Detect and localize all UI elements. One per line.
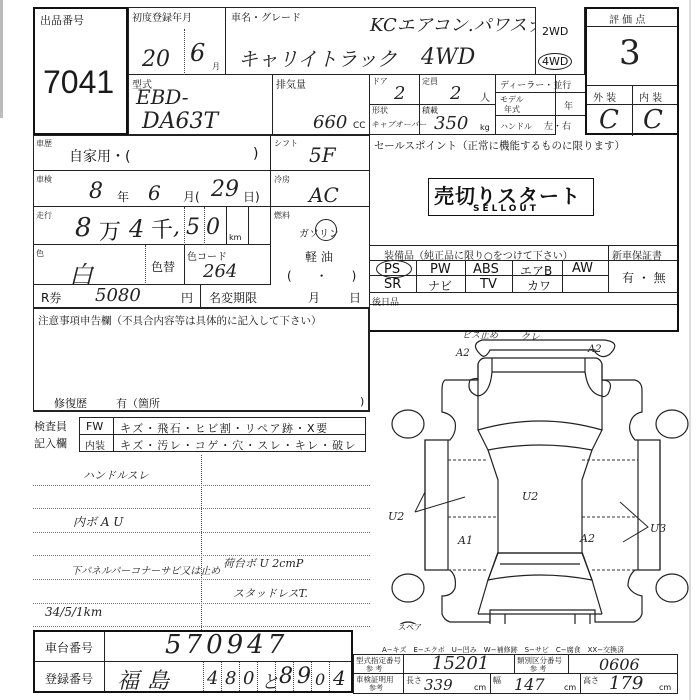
interior-inspect-label: 内装 <box>85 437 105 452</box>
model-line2: DA63T <box>142 109 218 134</box>
displacement-value: 660 <box>313 112 347 133</box>
inspection-year: 8 <box>89 179 103 204</box>
length-unit: cm <box>474 683 486 692</box>
warranty-value[interactable]: 有 ・ 無 <box>622 269 666 286</box>
remark-line: 下パネルパーコナーサビ又は止め <box>71 562 220 577</box>
interior-score: C <box>643 105 663 135</box>
load-cell: 積載 350 kg <box>420 105 496 135</box>
height-label: 高さ <box>583 675 599 686</box>
svg-text:U3: U3 <box>650 522 666 535</box>
notes-label: 注意事項申告欄（不具合内容等は具体的に記入して下さい） <box>38 313 322 328</box>
handle-options[interactable]: 左・右 <box>544 119 571 132</box>
reg-digit: 4 <box>333 666 346 690</box>
page-edge-right <box>689 0 691 700</box>
fuel-cell: 燃料 ガソリン 軽 油 ( ・ ) <box>271 207 370 285</box>
width-unit: cm <box>564 683 576 692</box>
gasoline-circle <box>315 219 337 241</box>
exterior-score: C <box>599 105 619 135</box>
yen-unit: 円 <box>181 289 193 306</box>
svg-text:A2: A2 <box>579 532 595 545</box>
inspection-day: 29 <box>211 177 239 202</box>
width-value: 147 <box>514 675 545 694</box>
type-designation-value: 15201 <box>432 653 489 674</box>
chassis-table: 車台番号 570947 登録番号 福島 4 8 0 と 8 9 0 4 <box>33 630 353 693</box>
mileage-cell: 走行 8 万 4 千 ,50 km <box>33 207 271 245</box>
drive-2wd[interactable]: 2WD <box>542 25 568 38</box>
shape-value: キャブオーバー <box>371 119 427 130</box>
name-change-day: 日 <box>349 289 361 306</box>
kg-unit: kg <box>480 123 490 132</box>
displacement-cell: 排気量 660 CC <box>273 75 370 135</box>
inspection-label: 車検 <box>36 174 52 185</box>
inspection-month-unit: 月( <box>183 188 200 205</box>
history-label: 車歴 <box>36 138 52 149</box>
history-cell: 車歴 自家用・( ) <box>33 135 271 171</box>
equipment-label: 装備品（純正品に限り○をつけて下さい） <box>384 247 573 262</box>
year-unit: 年 <box>564 99 573 112</box>
drive-4wd[interactable]: 4WD <box>538 53 572 70</box>
repair-history-close: ) <box>360 395 364 408</box>
equipment-sr[interactable]: SR <box>384 277 401 292</box>
car-name: キャリイトラック <box>238 43 397 72</box>
model-year-label2: 年式 <box>504 104 520 115</box>
mileage-man: 8 <box>75 213 92 243</box>
lot-label: 出品番号 <box>40 12 84 28</box>
mileage-rest: ,50 <box>173 215 226 240</box>
model-cell: 型式 EBD- DA63T <box>128 75 273 135</box>
color-code: 264 <box>203 261 237 282</box>
later-items-label: 後日品 <box>372 295 399 308</box>
equipment-abs[interactable]: ABS <box>473 262 499 277</box>
fuel-label: 燃料 <box>274 210 290 221</box>
inspector-label: 検査員 <box>34 418 67 434</box>
doors-value: 2 <box>394 83 405 104</box>
sellout-stamp: 売切りスタート SELLOUT <box>428 178 594 216</box>
cc-unit: CC <box>353 121 366 131</box>
equipment-pw[interactable]: PW <box>430 262 451 277</box>
svg-text:クレ: クレ <box>520 332 541 343</box>
spec-table: 型式指定番号 参 考 15201 類別区分番号 参 考 0606 車検証明用 参… <box>353 654 678 694</box>
drive-options: 2WD 4WD <box>535 7 585 75</box>
first-registration-year: 20 <box>142 47 170 72</box>
exterior-label: 外 装 <box>593 89 616 104</box>
fuel-other: ( ・ ) <box>287 267 356 284</box>
svg-text:U2: U2 <box>388 510 404 523</box>
first-registration-month: 6 <box>190 39 205 67</box>
shape-cell: 形状 キャブオーバー <box>370 105 420 135</box>
history-value: 自家用・( <box>69 146 130 166</box>
km-unit: km <box>229 233 241 242</box>
chassis-label: 車台番号 <box>45 639 93 656</box>
capacity-value: 2 <box>450 83 461 104</box>
remark-line: スタッドレスT. <box>233 585 308 601</box>
sellout-stamp-sub: SELLOUT <box>473 204 539 214</box>
ac-value: AC <box>309 183 339 207</box>
dealer-cell: ディーラー・並行 <box>496 75 585 93</box>
reg-digit: 8 <box>225 668 236 689</box>
capacity-cell: 定員 2 人 <box>420 75 496 105</box>
capacity-label: 定員 <box>422 76 438 87</box>
svg-text:U2: U2 <box>522 490 538 503</box>
height-unit: cm <box>659 683 671 692</box>
name-change-cell: 名変期限 月 日 <box>201 285 370 308</box>
class-number-value: 0606 <box>599 655 640 674</box>
lot-box: 出品番号 7041 <box>33 7 128 135</box>
remark-line: 内ボ A U <box>73 513 123 530</box>
reg-digit: 8 <box>279 664 293 689</box>
ac-cell: 冷房 AC <box>271 171 370 207</box>
length-label: 長さ <box>406 675 422 686</box>
mileage-label: 走行 <box>36 210 52 221</box>
shift-label: シフト <box>274 138 298 149</box>
equipment-aw[interactable]: AW <box>572 261 593 276</box>
reg-digit: 9 <box>297 664 311 689</box>
shape-label: 形状 <box>372 105 388 116</box>
class-number-ref: 参 考 <box>530 664 546 674</box>
svg-text:A1: A1 <box>457 534 473 547</box>
ps-circle <box>376 260 412 278</box>
chassis-number: 570947 <box>165 630 288 660</box>
ac-label: 冷房 <box>274 174 290 185</box>
inspector-label2: 記入欄 <box>34 435 67 451</box>
recycle-cell: R券 5080 円 <box>33 285 201 308</box>
notes-box: 注意事項申告欄（不具合内容等は具体的に記入して下さい） 修復歴 有（箇所 ) <box>33 308 370 412</box>
page-edge-left <box>0 0 3 118</box>
cert-ref: 参考 <box>369 683 383 693</box>
spare-label: スペア <box>398 622 422 633</box>
mileage-sen: 4 <box>129 215 144 243</box>
color-cell: 色 白 色替 色コード 264 <box>33 245 271 285</box>
remarks-area: ハンドルスレ 内ボ A U 下パネルパーコナーサビ又は止め 荷台ボ U 2cmP… <box>33 455 370 630</box>
inspection-year-unit: 年 <box>117 188 129 205</box>
car-name-grade: KCエアコン.パワステ <box>370 11 545 37</box>
first-registration-label: 初度登録年月 <box>132 9 192 24</box>
dealer-label: ディーラー・並行 <box>500 78 571 91</box>
color-change-label: 色替 <box>151 258 175 275</box>
type-designation-ref: 参 考 <box>366 664 382 674</box>
registration-label: 登録番号 <box>45 670 93 687</box>
shift-value: 5F <box>309 143 336 167</box>
handle-label: ハンドル <box>500 121 532 132</box>
car-name-label: 車名・グレード <box>231 9 301 24</box>
reg-digit: 0 <box>315 670 325 689</box>
equipment-tv[interactable]: TV <box>480 277 497 292</box>
svg-text:A2: A2 <box>587 344 602 355</box>
handle-cell: ハンドル 左・右 <box>496 116 585 135</box>
interior-label: 内 装 <box>639 89 662 104</box>
inspection-month: 6 <box>148 181 161 205</box>
displacement-label: 排気量 <box>276 76 306 91</box>
inspection-day-unit: 日) <box>243 188 260 205</box>
score-label: 評 価 点 <box>609 11 645 26</box>
sales-point-label: セールスポイント（正常に機能するものに限ります） <box>374 138 625 153</box>
width-label: 幅 <box>493 675 501 686</box>
reg-digit: 4 <box>207 668 218 689</box>
fw-label: FW <box>86 420 103 433</box>
shift-cell: シフト 5F <box>271 135 370 171</box>
svg-text:A2: A2 <box>455 348 470 359</box>
remark-line: 34/5/1km <box>45 605 102 619</box>
reg-digit: 0 <box>243 668 254 689</box>
capacity-unit: 人 <box>480 89 490 104</box>
length-value: 339 <box>424 676 453 694</box>
color-label: 色 <box>36 248 44 259</box>
score-value: 3 <box>619 33 641 73</box>
first-registration-cell: 初度登録年月 20 6 月 <box>128 7 226 75</box>
lot-number: 7041 <box>43 64 114 101</box>
interior-items: キズ・汚レ・コゲ・穴・スレ・キレ・破レ <box>120 437 357 453</box>
inspection-cell: 車検 8 年 6 月( 29 日) <box>33 171 271 207</box>
mileage-sen-unit: 千 <box>151 213 173 244</box>
model-year-cell: モデル 年式 年 <box>496 93 585 116</box>
diagram-mark: ビス止め <box>462 332 499 341</box>
remark-line: 荷台ボ U 2cmP <box>223 555 303 571</box>
recycle-value: 5080 <box>95 285 141 306</box>
height-value: 179 <box>609 673 643 694</box>
fuel-diesel[interactable]: 軽 油 <box>305 248 333 265</box>
registration-region: 福島 <box>117 664 177 695</box>
warranty-label: 新車保証書 <box>612 247 662 262</box>
car-name-drive: 4WD <box>421 45 475 70</box>
mileage-man-unit: 万 <box>99 215 121 246</box>
model-line1: EBD- <box>136 85 188 109</box>
car-diagram: ビス止め A2 クレ A2 U2 A1 U2 A2 U3 <box>370 332 700 624</box>
score-box: 評 価 点 3 外 装 内 装 C C <box>585 7 679 135</box>
later-items-box: 後日品 <box>370 292 679 332</box>
doors-cell: ドア 2 <box>370 75 420 105</box>
repair-history-value: 有（箇所 <box>116 395 160 411</box>
repair-history-label: 修復歴 <box>54 395 87 411</box>
equipment-table: 装備品（純正品に限り○をつけて下さい） 新車保証書 PS PW ABS エアB … <box>370 245 677 292</box>
inspector-table: FW キズ・飛石・ヒビ割・リペア跡・X要 内装 キズ・汚レ・コゲ・穴・スレ・キレ… <box>79 417 366 452</box>
sales-point-box: セールスポイント（正常に機能するものに限ります） 売切りスタート SELLOUT… <box>370 135 679 305</box>
name-change-label: 名変期限 <box>209 289 257 306</box>
fw-items: キズ・飛石・ヒビ割・リペア跡・X要 <box>120 420 329 436</box>
load-value: 350 <box>434 113 468 134</box>
doors-label: ドア <box>372 76 388 87</box>
month-unit: 月 <box>212 61 220 72</box>
name-change-month: 月 <box>308 289 320 306</box>
recycle-label: R券 <box>41 289 61 306</box>
reg-digit: と <box>261 668 279 694</box>
car-name-cell: 車名・グレード KCエアコン.パワステ キャリイトラック 4WD <box>226 7 535 75</box>
remark-line: ハンドルスレ <box>83 467 149 483</box>
history-close: ) <box>253 146 258 162</box>
